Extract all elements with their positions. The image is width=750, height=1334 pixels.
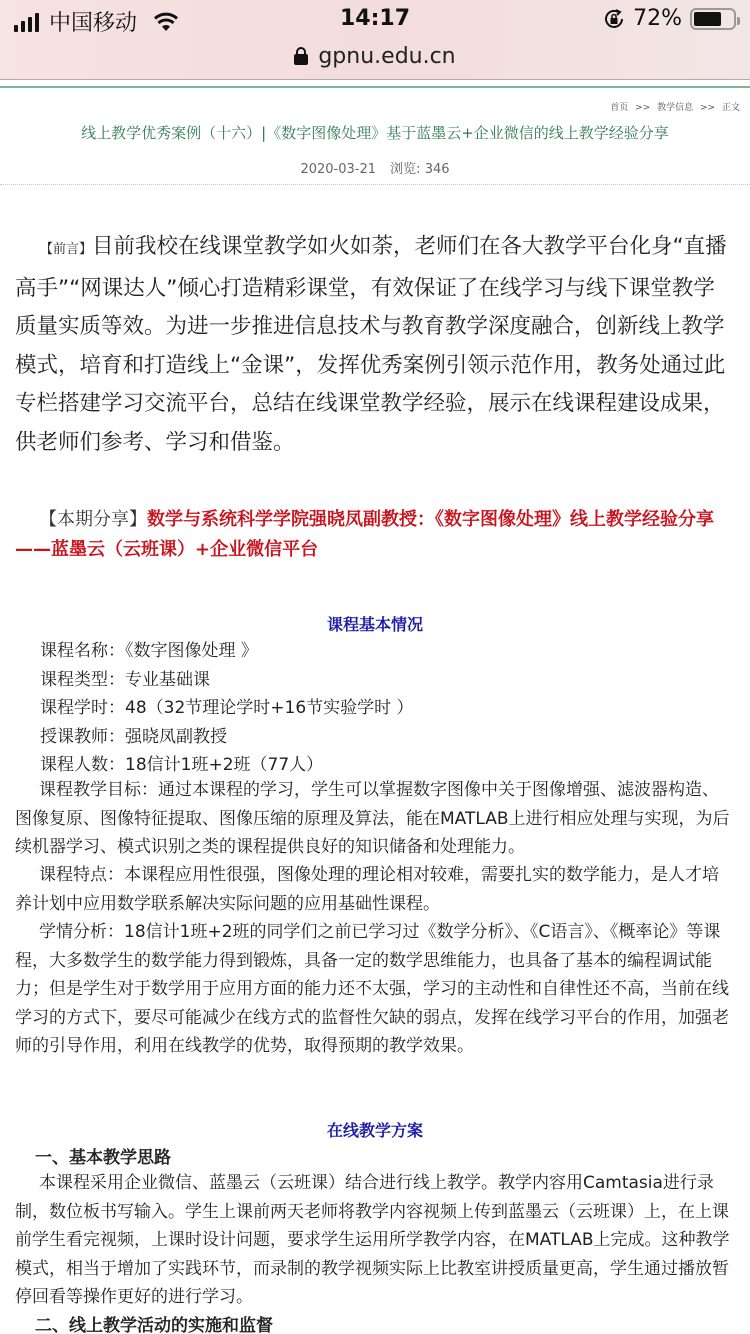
browser-chrome: 中国移动 14:17 72% gpnu.edu.c — [0, 0, 750, 80]
intro-tag: 【前言】 — [40, 242, 92, 257]
course-info-item: 课程类型：专业基础课 — [40, 666, 750, 695]
course-info-item: 课程名称：《数字图像处理 》 — [40, 637, 750, 666]
views-label: 浏览: — [390, 162, 420, 177]
breadcrumb-current: 正文 — [722, 103, 740, 113]
subheading-implementation: 二、线上教学活动的实施和监督 — [35, 1311, 273, 1334]
article-meta: 2020-03-21 浏览: 346 — [0, 158, 750, 177]
breadcrumb-teaching-info[interactable]: 教学信息 — [657, 103, 693, 113]
course-info-list: 课程名称：《数字图像处理 》 课程类型：专业基础课 课程学时：48（32节理论学… — [40, 637, 750, 780]
section-title-basic-info: 课程基本情况 — [0, 612, 750, 635]
intro-text: 目前我校在线课堂教学如火如荼，老师们在各大教学平台化身“直播高手”“网课达人”倾… — [15, 234, 727, 455]
views-count: 346 — [425, 162, 450, 177]
student-analysis: 学情分析：18信计1班+2班的同学们之前已学习过《数学分析》、《C语言》、《概率… — [15, 918, 735, 1061]
share-paragraph: 【本期分享】数学与系统科学学院强晓凤副教授：《数字图像处理》线上教学经验分享——… — [15, 505, 735, 565]
basic-approach-paragraph: 本课程采用企业微信、蓝墨云（云班课）结合进行线上教学。教学内容用Camtasia… — [15, 1169, 735, 1312]
subheading-basic-approach: 一、基本教学思路 — [35, 1143, 171, 1168]
breadcrumb: 首页 >> 教学信息 >> 正文 — [608, 100, 742, 113]
battery-icon — [690, 8, 736, 30]
course-feature: 课程特点：本课程应用性很强，图像处理的理论相对较难，需要扎实的数学能力，是人才培… — [15, 861, 735, 918]
header-divider — [0, 86, 750, 88]
article-date: 2020-03-21 — [300, 162, 376, 177]
breadcrumb-home[interactable]: 首页 — [610, 103, 628, 113]
course-goal: 课程教学目标：通过本课程的学习，学生可以掌握数字图像中关于图像增强、滤波器构造、… — [15, 776, 735, 862]
lock-icon — [294, 47, 308, 65]
article-title: 线上教学优秀案例（十六）|《数字图像处理》基于蓝墨云+企业微信的线上教学经验分享 — [0, 122, 750, 143]
meta-divider — [0, 184, 750, 185]
share-tag: 【本期分享】 — [39, 509, 147, 530]
breadcrumb-separator: >> — [700, 103, 715, 113]
intro-paragraph: 【前言】目前我校在线课堂教学如火如荼，老师们在各大教学平台化身“直播高手”“网课… — [15, 228, 735, 462]
address-bar[interactable]: gpnu.edu.cn — [0, 40, 750, 72]
url-text: gpnu.edu.cn — [318, 44, 455, 69]
course-info-item: 课程学时：48（32节理论学时+16节实验学时 ） — [40, 694, 750, 723]
right-status: 72% — [603, 6, 736, 31]
battery-percent: 72% — [633, 6, 682, 31]
breadcrumb-separator: >> — [635, 103, 650, 113]
status-bar: 中国移动 14:17 72% — [0, 0, 750, 40]
course-info-item: 授课教师：强晓凤副教授 — [40, 723, 750, 752]
rotation-lock-icon — [603, 8, 625, 30]
section-title-online-plan: 在线教学方案 — [0, 1118, 750, 1141]
